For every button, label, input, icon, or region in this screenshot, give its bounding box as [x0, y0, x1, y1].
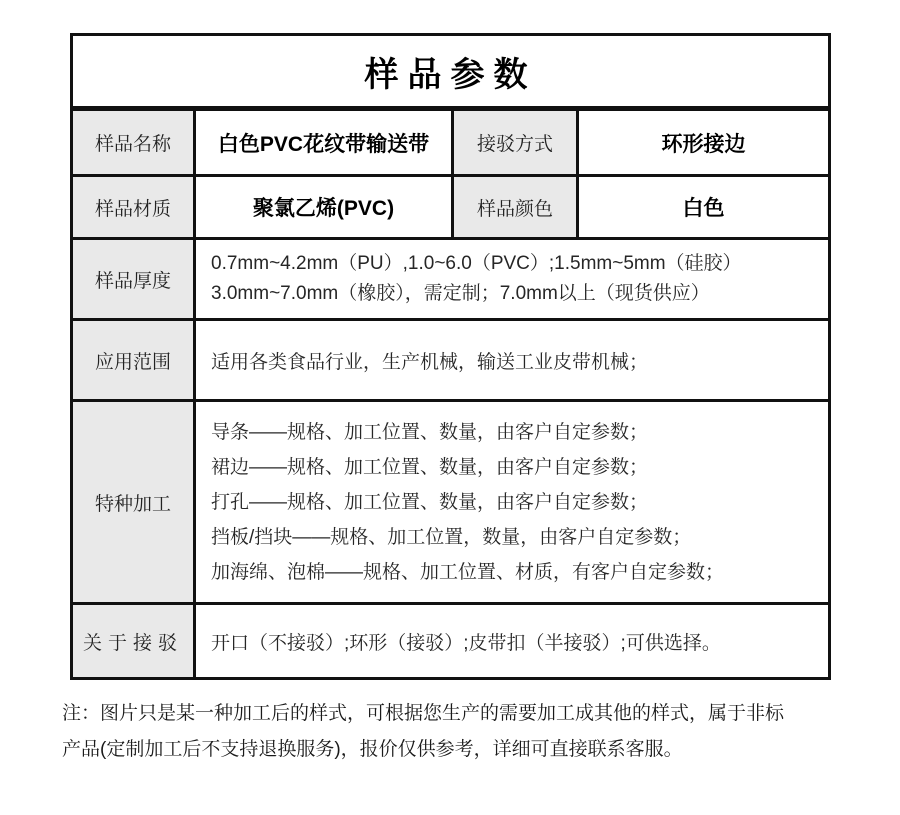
value-sample-color: 白色 — [578, 176, 830, 239]
value-sample-name: 白色PVC花纹带输送带 — [195, 109, 453, 176]
label-sample-material: 样品材质 — [72, 176, 195, 239]
footnote-line-2: 产品(定制加工后不支持退换服务)，报价仅供参考，详细可直接联系客服。 — [62, 732, 852, 768]
sample-parameters-table: 样品参数 样品名称 白色PVC花纹带输送带 接驳方式 环形接边 样品材质 聚氯乙… — [70, 33, 831, 680]
label-application-range: 应用范围 — [72, 320, 195, 401]
table-row-material: 样品材质 聚氯乙烯(PVC) 样品颜色 白色 — [72, 176, 830, 239]
footnote-line-1: 注：图片只是某一种加工后的样式，可根据您生产的需要加工成其他的样式，属于非标 — [62, 696, 852, 732]
value-about-connection: 开口（不接驳）;环形（接驳）;皮带扣（半接驳）;可供选择。 — [195, 604, 830, 679]
label-about-connection: 关于接驳 — [72, 604, 195, 679]
value-thickness: 0.7mm~4.2mm（PU）,1.0~6.0（PVC）;1.5mm~5mm（硅… — [195, 239, 830, 320]
special-processing-line-2: 裙边——规格、加工位置、数量，由客户自定参数； — [211, 450, 818, 485]
value-connection-method: 环形接边 — [578, 109, 830, 176]
table-row-sample-name: 样品名称 白色PVC花纹带输送带 接驳方式 环形接边 — [72, 109, 830, 176]
special-processing-line-4: 挡板/挡块——规格、加工位置，数量，由客户自定参数； — [211, 520, 818, 555]
value-application-range: 适用各类食品行业，生产机械，输送工业皮带机械； — [195, 320, 830, 401]
value-sample-material: 聚氯乙烯(PVC) — [195, 176, 453, 239]
label-sample-color: 样品颜色 — [453, 176, 578, 239]
label-special-processing: 特种加工 — [72, 401, 195, 604]
label-sample-name: 样品名称 — [72, 109, 195, 176]
table-row-about-connection: 关于接驳 开口（不接驳）;环形（接驳）;皮带扣（半接驳）;可供选择。 — [72, 604, 830, 679]
page-title: 样品参数 — [72, 35, 830, 109]
table-row-application: 应用范围 适用各类食品行业，生产机械，输送工业皮带机械； — [72, 320, 830, 401]
label-thickness: 样品厚度 — [72, 239, 195, 320]
value-special-processing: 导条——规格、加工位置、数量，由客户自定参数； 裙边——规格、加工位置、数量，由… — [195, 401, 830, 604]
thickness-line-1: 0.7mm~4.2mm（PU）,1.0~6.0（PVC）;1.5mm~5mm（硅… — [211, 249, 818, 279]
title-row: 样品参数 — [72, 35, 830, 109]
label-connection-method: 接驳方式 — [453, 109, 578, 176]
table-row-thickness: 样品厚度 0.7mm~4.2mm（PU）,1.0~6.0（PVC）;1.5mm~… — [72, 239, 830, 320]
special-processing-line-1: 导条——规格、加工位置、数量，由客户自定参数； — [211, 415, 818, 450]
special-processing-line-3: 打孔——规格、加工位置、数量，由客户自定参数； — [211, 485, 818, 520]
special-processing-line-5: 加海绵、泡棉——规格、加工位置、材质，有客户自定参数； — [211, 555, 818, 590]
footnote: 注：图片只是某一种加工后的样式，可根据您生产的需要加工成其他的样式，属于非标 产… — [62, 696, 852, 768]
product-spec-page: 样品参数 样品名称 白色PVC花纹带输送带 接驳方式 环形接边 样品材质 聚氯乙… — [0, 0, 900, 815]
table-row-special-processing: 特种加工 导条——规格、加工位置、数量，由客户自定参数； 裙边——规格、加工位置… — [72, 401, 830, 604]
thickness-line-2: 3.0mm~7.0mm（橡胶），需定制；7.0mm以上（现货供应） — [211, 279, 818, 309]
